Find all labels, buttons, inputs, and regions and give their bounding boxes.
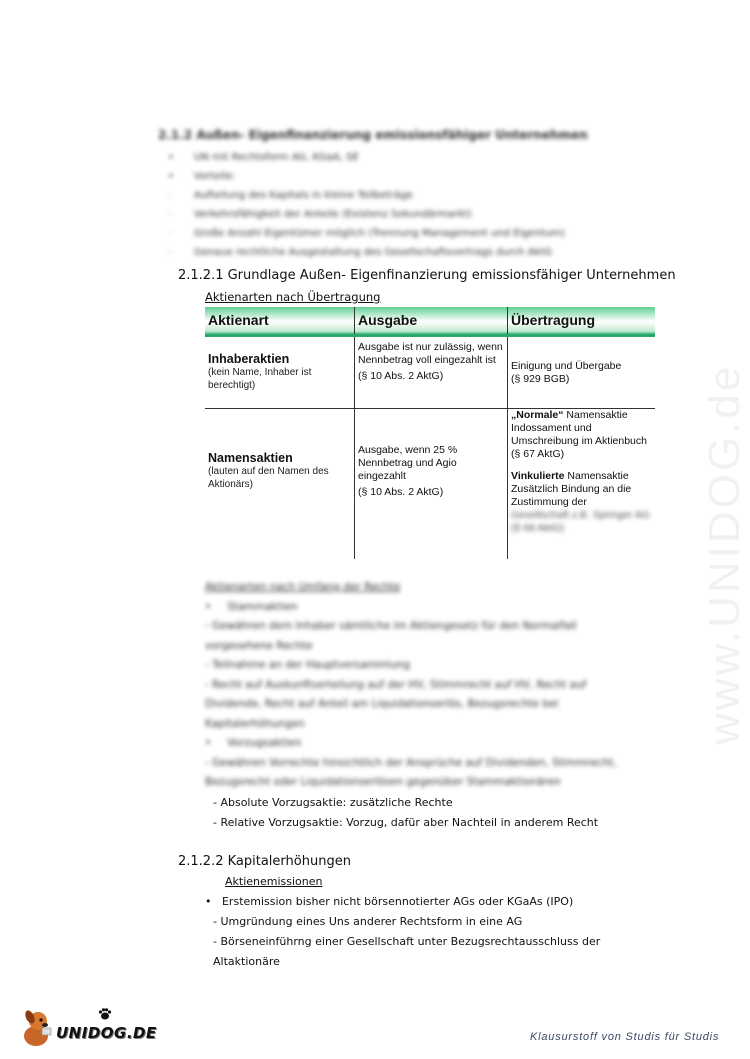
subtitle-aktienemissionen: Aktienemissionen: [225, 875, 323, 888]
logo-text: UNIDOG.DE: [56, 1024, 157, 1042]
vinkulierte-label: Vinkulierte: [511, 470, 565, 482]
list-item: -Verkehrsfähigkeit der Anteile (Existenz…: [158, 205, 628, 224]
dog-icon: [20, 1008, 60, 1048]
bullet-item: •Vorzugsaktien: [205, 734, 645, 754]
line: Altaktionäre: [213, 955, 280, 968]
header-ausgabe: Ausgabe: [355, 307, 508, 334]
ausgabe-text: Ausgabe ist nur zulässig, wenn Nennbetra…: [358, 341, 504, 367]
uebertragung-ref: (§ 929 BGB): [511, 373, 652, 386]
table-header: Aktienart Ausgabe Übertragung: [205, 307, 655, 337]
line: - Umgründung eines Uns anderer Rechtsfor…: [213, 915, 522, 928]
list-item: -Aufteilung des Kapitals in kleine Teilb…: [158, 186, 628, 205]
ausgabe-text: Ausgabe, wenn 25 % Nennbetrag und Agio e…: [358, 444, 504, 483]
list-item: • Erstemission bisher nicht börsennotier…: [205, 895, 573, 908]
bullet-item: •Stammaktien: [205, 598, 645, 618]
section-heading: 2.1.2 Außen- Eigenfinanzierung emissions…: [158, 128, 628, 142]
row-desc: (kein Name, Inhaber ist berechtigt): [208, 366, 351, 392]
section-heading-2-1-2-2: 2.1.2.2 Kapitalerhöhungen: [178, 854, 351, 869]
footer-slogan: Klausurstoff von Studis für Studis: [530, 1031, 719, 1043]
aktienarten-table: Aktienart Ausgabe Übertragung Inhaberakt…: [205, 307, 655, 559]
text-item: - Gewähren dem Inhaber sämtliche im Akti…: [205, 617, 645, 656]
watermark: www.UNIDOG.de: [700, 364, 750, 745]
normale-text: Indossament und Umschreibung im Aktienbu…: [511, 422, 652, 461]
table-title: Aktienarten nach Übertragung: [205, 290, 380, 304]
vorzug-line: - Absolute Vorzugsaktie: zusätzliche Rec…: [213, 796, 453, 809]
vorzug-line: - Relative Vorzugsaktie: Vorzug, dafür a…: [213, 816, 598, 829]
row-name: Inhaberaktien: [208, 353, 351, 366]
line: - Börseneinführng einer Gesellschaft unt…: [213, 935, 600, 948]
list-item: -Große Anzahl Eigentümer möglich (Trennu…: [158, 224, 628, 243]
normale-label: „Normale“: [511, 409, 564, 421]
list-item: -Genaue rechtliche Ausgestaltung des Ges…: [158, 243, 628, 262]
list-item: •UN mit Rechtsform AG, KGaA, SE: [158, 148, 628, 167]
bullet-icon: •: [205, 737, 211, 749]
ausgabe-ref: (§ 10 Abs. 2 AktG): [358, 370, 504, 383]
header-uebertragung: Übertragung: [508, 307, 655, 334]
rights-section-blurred: Aktienarten nach Umfang der Rechte •Stam…: [205, 578, 645, 793]
header-aktienart: Aktienart: [205, 307, 355, 334]
ausgabe-ref: (§ 10 Abs. 2 AktG): [358, 486, 504, 499]
paw-icon: [98, 1008, 112, 1020]
text-item: - Gewähren Vorrechte hinsichtlich der An…: [205, 754, 645, 793]
text-item: - Recht auf Auskunftserteilung auf der H…: [205, 676, 645, 735]
bullet-icon: •: [205, 895, 222, 908]
section-heading-2-1-2-1: 2.1.2.1 Grundlage Außen- Eigenfinanzieru…: [178, 268, 676, 283]
table-row: Namensaktien (lauten auf den Namen des A…: [205, 409, 655, 559]
table-row: Inhaberaktien (kein Name, Inhaber ist be…: [205, 337, 655, 409]
text-item: - Teilnahme an der Hauptversammlung: [205, 656, 645, 676]
rights-title: Aktienarten nach Umfang der Rechte: [205, 578, 645, 598]
list-item: •Vorteile:: [158, 167, 628, 186]
row-desc: (lauten auf den Namen des Aktionärs): [208, 465, 351, 491]
row-name: Namensaktien: [208, 452, 351, 465]
unidog-logo: UNIDOG.DE: [20, 1008, 170, 1050]
uebertragung-text: Einigung und Übergabe: [511, 360, 652, 373]
vinkulierte-blurred: Gesellschaft z.B. Springer AG (§ 68 AktG…: [511, 509, 652, 535]
bullet-icon: •: [205, 601, 211, 613]
section-2-1-2-blurred: 2.1.2 Außen- Eigenfinanzierung emissions…: [158, 128, 628, 262]
vinkulierte-text: Zusätzlich Bindung an die Zustimmung der: [511, 483, 652, 509]
